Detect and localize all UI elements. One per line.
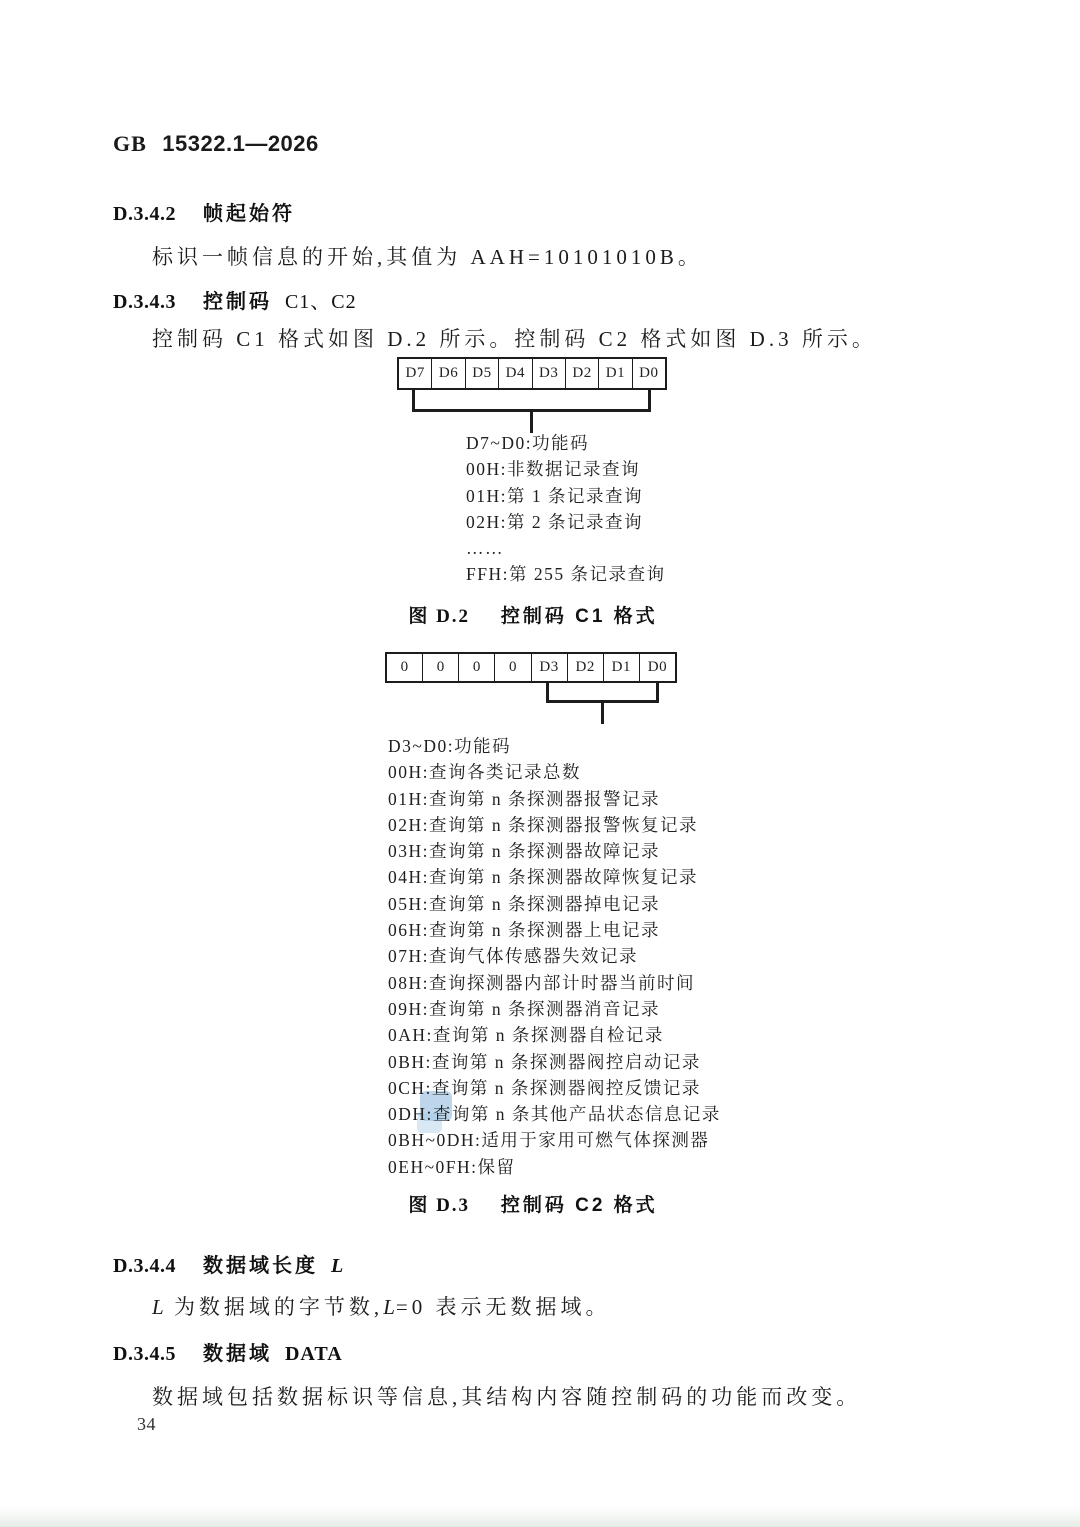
section-title: 数据域长度 [203,1255,318,1277]
figure-d3-legend-line: 03H:查询第 n 条探测器故障记录 [388,838,721,864]
figure-d3-caption-title: 控制码 C2 格式 [501,1195,658,1216]
variable-l: L [152,1295,165,1319]
paragraph-text: =0 表示无数据域。 [396,1295,611,1319]
bottom-scan-shading [0,1507,1080,1527]
paragraph-text: 为数据域的字节数, [165,1295,384,1319]
figure-d3-legend-line: 0EH~0FH:保留 [388,1154,721,1180]
section-heading-d342: D.3.4.2 帧起始符 [113,197,295,226]
paragraph-control-codes: 控制码 C1 格式如图 D.2 所示。控制码 C2 格式如图 D.3 所示。 [152,323,877,353]
paragraph-frame-start: 标识一帧信息的开始,其值为 AAH=10101010B。 [152,241,703,271]
figure-d3-caption: 图 D.3 控制码 C2 格式 [0,1190,1066,1217]
figure-d3-caption-number: 图 D.3 [408,1195,470,1216]
section-title: 数据域 [203,1343,272,1365]
section-number: D.3.4.4 [113,1255,176,1277]
figure-d3-legend-line: 08H:查询探测器内部计时器当前时间 [388,970,721,996]
figure-d3-bit-table: 0 0 0 0 D3 D2 D1 D0 [385,652,677,683]
figure-d2-legend-line: 01H:第 1 条记录查询 [466,483,665,509]
figure-d2-caption: 图 D.2 控制码 C1 格式 [0,601,1066,628]
figure-d3-bracket-pointer [601,703,604,724]
figure-d3-legend-line: 00H:查询各类记录总数 [388,759,721,785]
section-heading-d344: D.3.4.4 数据域长度 L [113,1249,344,1278]
figure-d2-legend-line: D7~D0:功能码 [466,430,665,456]
bit-cell-d3: D3 [531,654,567,681]
bit-cell-d3: D3 [532,359,565,388]
variable-l: L [383,1295,396,1319]
standard-number: 15322.1—2026 [162,131,318,156]
section-title-suffix: DATA [285,1343,343,1365]
figure-d3-legend-line: 0BH:查询第 n 条探测器阀控启动记录 [388,1049,721,1075]
page-number: 34 [137,1414,156,1435]
figure-d2-legend-line: FFH:第 255 条记录查询 [466,561,665,587]
document-code: GB 15322.1—2026 [113,131,319,157]
figure-d3-legend: D3~D0:功能码 00H:查询各类记录总数 01H:查询第 n 条探测器报警记… [388,733,721,1180]
bit-cell-d2: D2 [567,654,603,681]
figure-d3-legend-line: 07H:查询气体传感器失效记录 [388,943,721,969]
figure-d2-caption-title: 控制码 C1 格式 [501,606,658,627]
bit-cell-d1: D1 [603,654,639,681]
figure-d3-legend-line: 06H:查询第 n 条探测器上电记录 [388,917,721,943]
figure-d3-legend-line: 01H:查询第 n 条探测器报警记录 [388,786,721,812]
figure-d3-legend-line: 05H:查询第 n 条探测器掉电记录 [388,891,721,917]
bit-cell-d0: D0 [632,359,665,388]
bit-cell-d7: D7 [399,359,431,388]
bit-cell-d4: D4 [498,359,531,388]
section-title: 帧起始符 [203,203,295,225]
figure-d2-legend-line: 02H:第 2 条记录查询 [466,509,665,535]
section-title-suffix: C1、C2 [285,291,357,313]
section-number: D.3.4.5 [113,1343,176,1365]
figure-d2-caption-number: 图 D.2 [408,606,470,627]
bit-cell-zero-4: 0 [494,654,530,681]
figure-d2-bit-table: D7 D6 D5 D4 D3 D2 D1 D0 [397,357,667,390]
paragraph-data-length: L 为数据域的字节数,L=0 表示无数据域。 [152,1291,610,1321]
figure-d2-legend-line: …… [466,535,665,561]
bit-cell-zero-3: 0 [458,654,494,681]
bit-cell-zero-1: 0 [387,654,422,681]
section-heading-d343: D.3.4.3 控制码 C1、C2 [113,285,357,314]
section-heading-d345: D.3.4.5 数据域 DATA [113,1337,343,1366]
section-number: D.3.4.2 [113,203,176,225]
figure-d3-legend-line: 0DH:查询第 n 条其他产品状态信息记录 [388,1101,721,1127]
standard-document-page: GB 15322.1—2026 D.3.4.2 帧起始符 标识一帧信息的开始,其… [0,0,1080,1527]
bit-cell-d1: D1 [598,359,631,388]
figure-d3-legend-line: 0CH:查询第 n 条探测器阀控反馈记录 [388,1075,721,1101]
bit-cell-zero-2: 0 [422,654,458,681]
figure-d3-legend-line: 0BH~0DH:适用于家用可燃气体探测器 [388,1127,721,1153]
figure-d3-legend-line: 02H:查询第 n 条探测器报警恢复记录 [388,812,721,838]
bit-cell-d5: D5 [465,359,498,388]
paragraph-data-field: 数据域包括数据标识等信息,其结构内容随控制码的功能而改变。 [152,1381,861,1411]
figure-d3-legend-line: D3~D0:功能码 [388,733,721,759]
figure-d2-legend: D7~D0:功能码 00H:非数据记录查询 01H:第 1 条记录查询 02H:… [466,430,665,588]
bit-cell-d6: D6 [431,359,464,388]
bit-cell-d0: D0 [639,654,675,681]
section-title-suffix: L [331,1255,344,1277]
figure-d3-legend-line: 0AH:查询第 n 条探测器自检记录 [388,1022,721,1048]
figure-d2-legend-line: 00H:非数据记录查询 [466,456,665,482]
figure-d3-legend-line: 09H:查询第 n 条探测器消音记录 [388,996,721,1022]
section-number: D.3.4.3 [113,291,176,313]
standard-label: GB [113,131,147,156]
bit-cell-d2: D2 [565,359,598,388]
figure-d3-legend-line: 04H:查询第 n 条探测器故障恢复记录 [388,864,721,890]
section-title: 控制码 [203,291,272,313]
